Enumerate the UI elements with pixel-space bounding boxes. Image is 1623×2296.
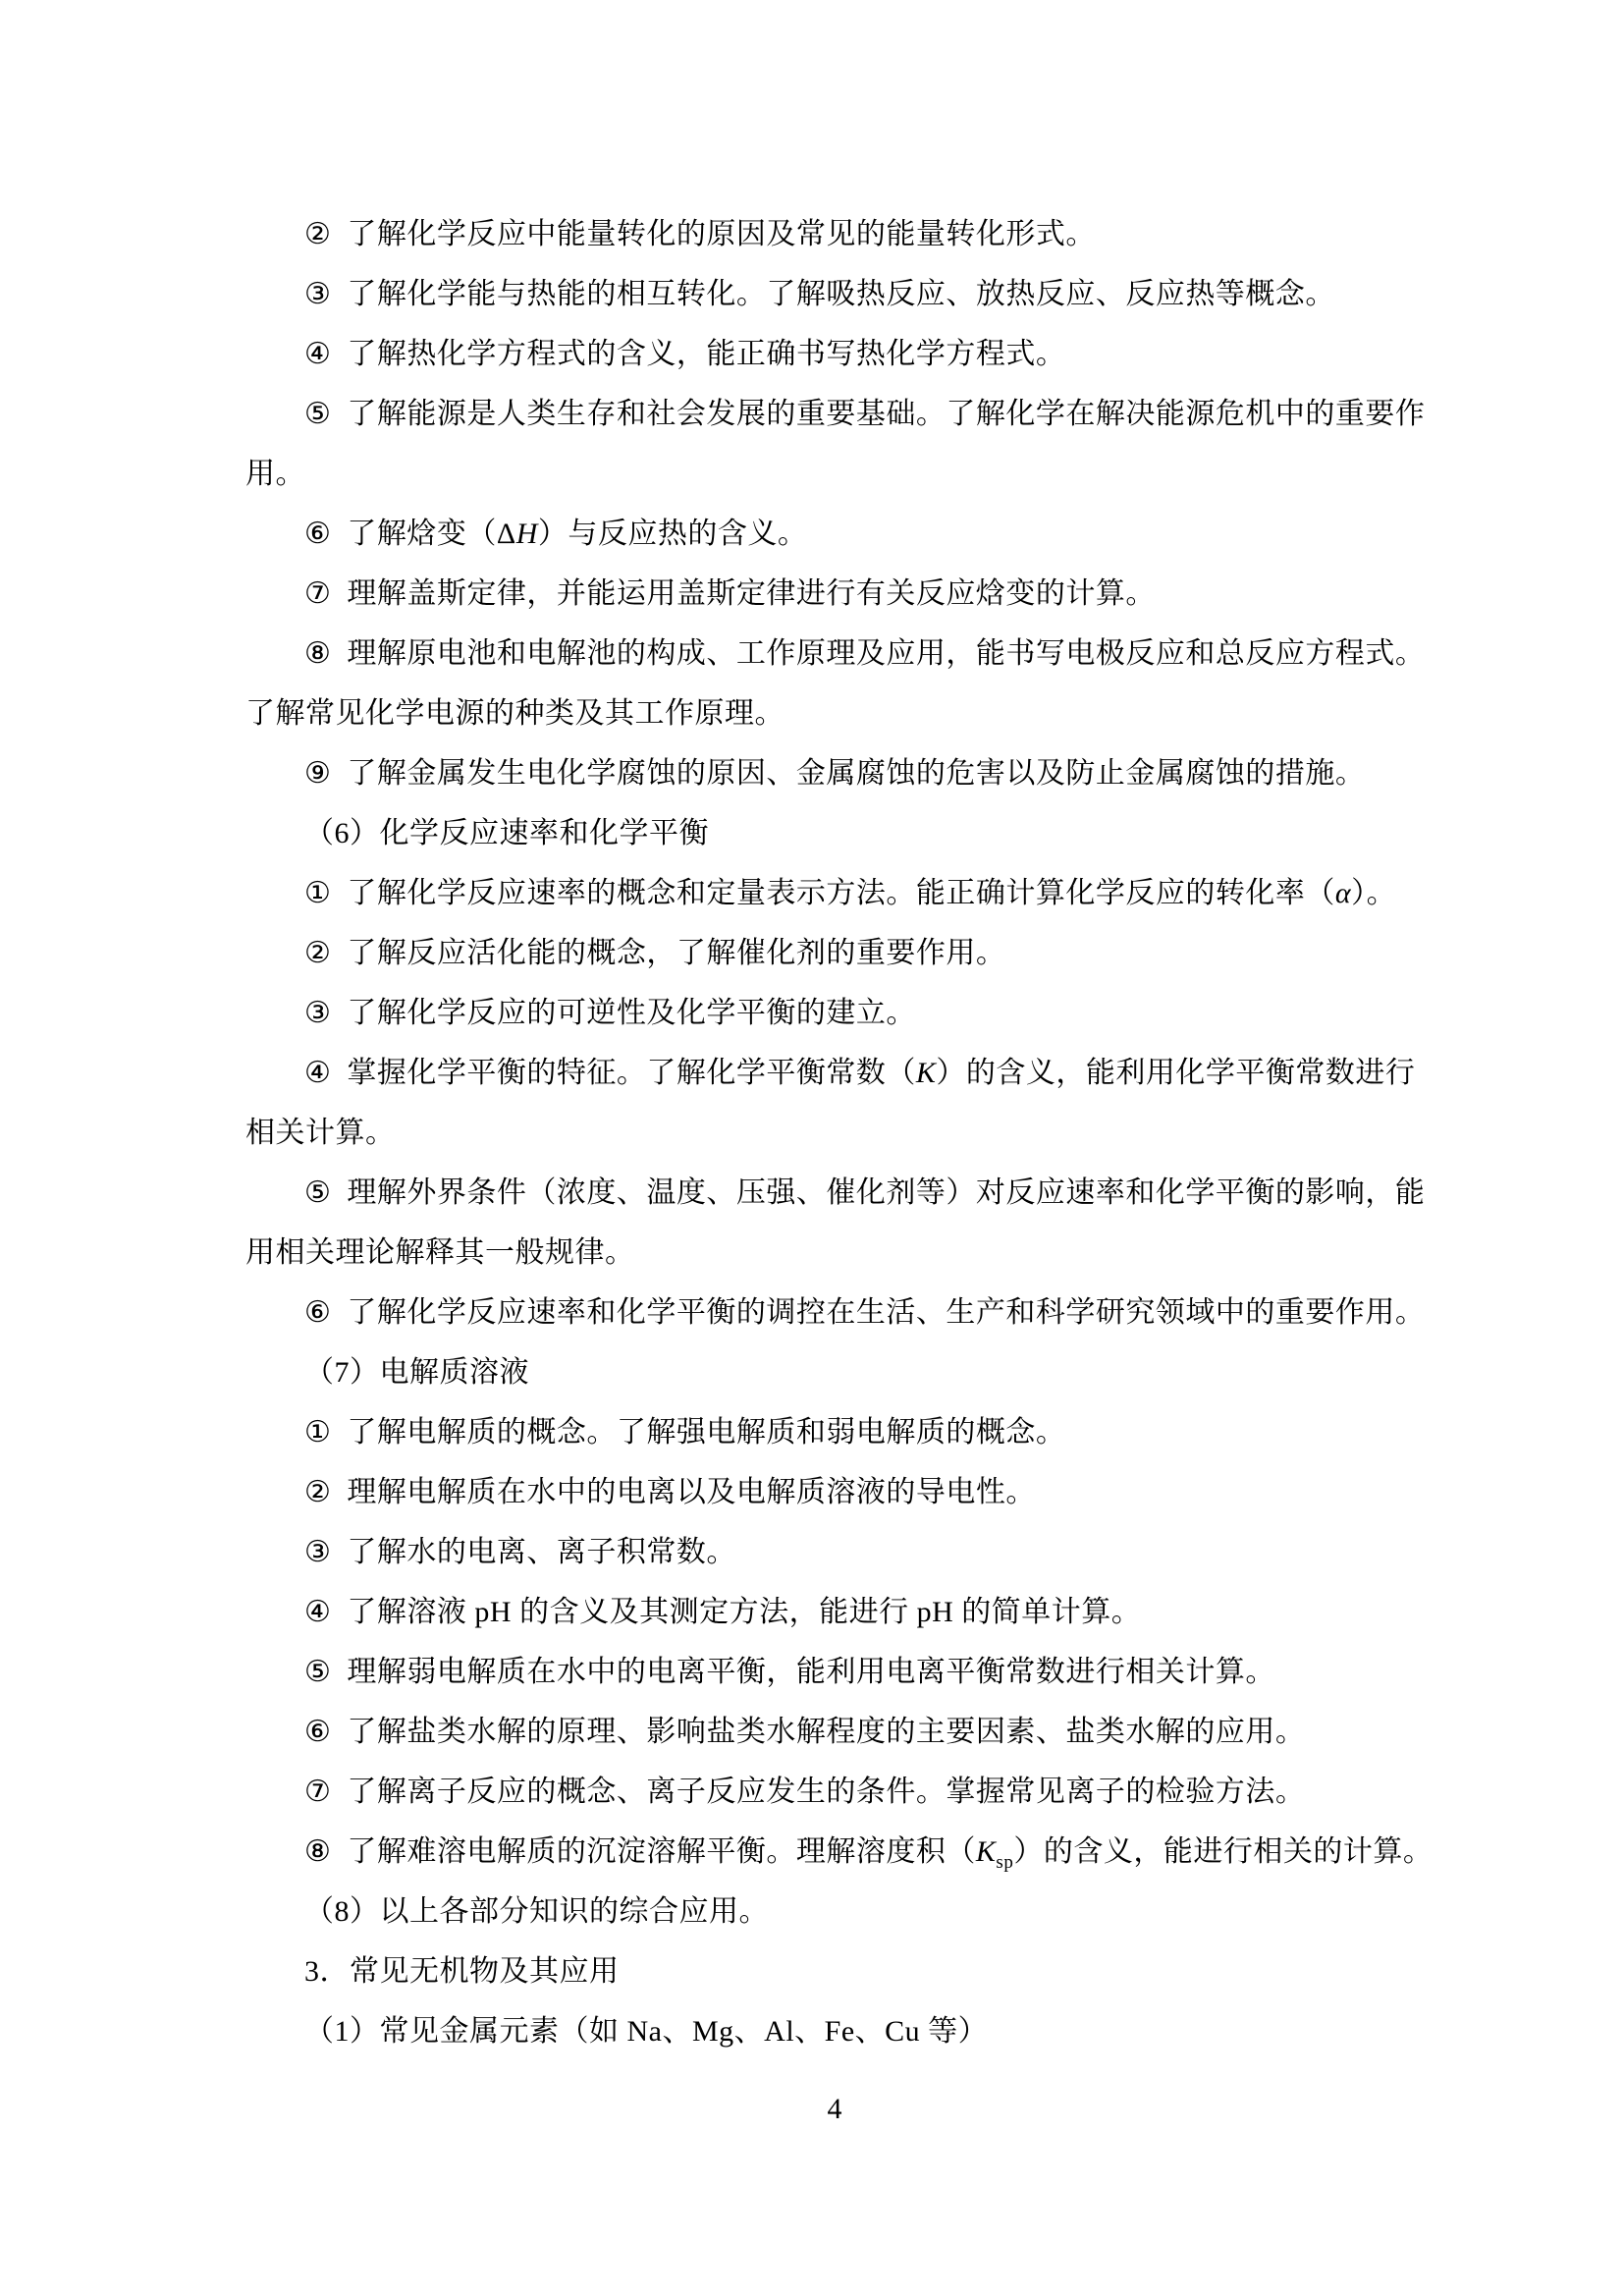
list-marker: ⑥ [304,1296,331,1329]
text-run: 了解水的电离、离子积常数。 [347,1536,736,1568]
text-run: 用相关理论解释其一般规律。 [245,1236,635,1269]
text-run: 了解反应活化能的概念，了解催化剂的重要作用。 [347,937,1005,969]
list-marker: ② [304,937,331,969]
list-marker: ① [304,1416,331,1449]
text-line: （7）电解质溶液 [245,1342,1378,1402]
text-run: 了解金属发生电化学腐蚀的原因、金属腐蚀的危害以及防止金属腐蚀的措施。 [347,757,1365,790]
text-run: K [916,1057,937,1089]
text-run: 相关计算。 [245,1117,396,1149]
text-run: 了解盐类水解的原理、影响盐类水解程度的主要因素、盐类水解的应用。 [347,1716,1305,1748]
list-marker: ⑥ [304,1716,331,1748]
list-marker: ② [304,218,331,250]
list-marker: ③ [304,278,331,310]
text-run: （6）化学反应速率和化学平衡 [304,817,709,849]
list-marker: ⑧ [304,637,331,670]
list-marker: ⑤ [304,1656,331,1688]
text-line: ②理解电解质在水中的电离以及电解质溶液的导电性。 [245,1462,1378,1522]
text-run: 了解化学反应中能量转化的原因及常见的能量转化形式。 [347,218,1096,250]
text-run: ）的含义，能进行相关的计算。 [1013,1835,1433,1868]
text-line: ⑧了解难溶电解质的沉淀溶解平衡。理解溶度积（Ksp）的含义，能进行相关的计算。 [245,1822,1378,1882]
text-run: 3．常见无机物及其应用 [304,1955,620,1988]
list-marker: ① [304,877,331,909]
text-line: （1）常见金属元素（如 Na、Mg、Al、Fe、Cu 等） [245,2001,1378,2061]
text-run: 了解难溶电解质的沉淀溶解平衡。理解溶度积（ [347,1835,976,1868]
text-line: 用。 [245,444,1378,504]
text-line: ②了解反应活化能的概念，了解催化剂的重要作用。 [245,923,1378,983]
text-line: ⑥了解盐类水解的原理、影响盐类水解程度的主要因素、盐类水解的应用。 [245,1702,1378,1762]
text-run: 理解外界条件（浓度、温度、压强、催化剂等）对反应速率和化学平衡的影响，能 [347,1176,1425,1209]
text-run: ）的含义，能利用化学平衡常数进行 [936,1057,1415,1089]
text-run: 了解能源是人类生存和社会发展的重要基础。了解化学在解决能源危机中的重要作 [347,398,1425,430]
text-run: ）。 [1351,877,1396,909]
text-line: 3．常见无机物及其应用 [245,1941,1378,2001]
text-run: 用。 [245,458,305,490]
text-run: 了解热化学方程式的含义，能正确书写热化学方程式。 [347,338,1065,370]
text-run: 了解电解质的概念。了解强电解质和弱电解质的概念。 [347,1416,1065,1449]
list-marker: ④ [304,338,331,370]
text-line: ⑥了解化学反应速率和化学平衡的调控在生活、生产和科学研究领域中的重要作用。 [245,1283,1378,1342]
text-line: ⑧理解原电池和电解池的构成、工作原理及应用，能书写电极反应和总反应方程式。 [245,624,1378,683]
text-run: K [976,1835,997,1868]
text-line: ③了解化学能与热能的相互转化。了解吸热反应、放热反应、反应热等概念。 [245,264,1378,324]
text-line: ⑦了解离子反应的概念、离子反应发生的条件。掌握常见离子的检验方法。 [245,1762,1378,1822]
text-run: 掌握化学平衡的特征。了解化学平衡常数（ [347,1057,916,1089]
list-marker: ⑨ [304,757,331,790]
list-marker: ⑦ [304,577,331,610]
text-line: ④了解溶液 pH 的含义及其测定方法，能进行 pH 的简单计算。 [245,1582,1378,1642]
list-marker: ⑤ [304,398,331,430]
text-run: 理解盖斯定律，并能运用盖斯定律进行有关反应焓变的计算。 [347,577,1156,610]
text-run: H [516,518,538,550]
list-marker: ③ [304,1536,331,1568]
text-run: α [1335,877,1351,909]
list-marker: ② [304,1476,331,1508]
text-line: ①了解化学反应速率的概念和定量表示方法。能正确计算化学反应的转化率（α）。 [245,863,1378,923]
text-run: 了解化学反应的可逆性及化学平衡的建立。 [347,997,916,1029]
page-number: 4 [245,2079,1424,2139]
text-line: 相关计算。 [245,1103,1378,1163]
text-line: （8）以上各部分知识的综合应用。 [245,1882,1378,1941]
text-line: ④了解热化学方程式的含义，能正确书写热化学方程式。 [245,324,1378,384]
text-run: 理解原电池和电解池的构成、工作原理及应用，能书写电极反应和总反应方程式。 [347,637,1425,670]
text-run: 理解电解质在水中的电离以及电解质溶液的导电性。 [347,1476,1036,1508]
text-run: 了解化学反应速率和化学平衡的调控在生活、生产和科学研究领域中的重要作用。 [347,1296,1425,1329]
text-line: ⑨了解金属发生电化学腐蚀的原因、金属腐蚀的危害以及防止金属腐蚀的措施。 [245,743,1378,803]
text-line: ③了解化学反应的可逆性及化学平衡的建立。 [245,983,1378,1043]
list-marker: ⑦ [304,1776,331,1808]
text-run: sp [996,1852,1013,1873]
document-page: ②了解化学反应中能量转化的原因及常见的能量转化形式。③了解化学能与热能的相互转化… [0,0,1623,2296]
text-line: ⑤理解外界条件（浓度、温度、压强、催化剂等）对反应速率和化学平衡的影响，能 [245,1163,1378,1223]
text-run: 理解弱电解质在水中的电离平衡，能利用电离平衡常数进行相关计算。 [347,1656,1275,1688]
text-line: ②了解化学反应中能量转化的原因及常见的能量转化形式。 [245,204,1378,264]
text-run: 了解化学反应速率的概念和定量表示方法。能正确计算化学反应的转化率（ [347,877,1335,909]
list-marker: ④ [304,1596,331,1628]
list-marker: ⑥ [304,518,331,550]
text-run: 了解溶液 pH 的含义及其测定方法，能进行 pH 的简单计算。 [347,1596,1141,1628]
text-line: ④掌握化学平衡的特征。了解化学平衡常数（K）的含义，能利用化学平衡常数进行 [245,1043,1378,1103]
text-line: ⑥了解焓变（ΔH）与反应热的含义。 [245,504,1378,564]
text-run: （1）常见金属元素（如 Na、Mg、Al、Fe、Cu 等） [304,2015,988,2048]
text-run: 了解化学能与热能的相互转化。了解吸热反应、放热反应、反应热等概念。 [347,278,1335,310]
text-run: 了解离子反应的概念、离子反应发生的条件。掌握常见离子的检验方法。 [347,1776,1305,1808]
list-marker: ③ [304,997,331,1029]
text-line: ⑦理解盖斯定律，并能运用盖斯定律进行有关反应焓变的计算。 [245,564,1378,624]
text-line: ⑤了解能源是人类生存和社会发展的重要基础。了解化学在解决能源危机中的重要作 [245,384,1378,444]
text-run: （7）电解质溶液 [304,1356,529,1389]
text-line: （6）化学反应速率和化学平衡 [245,803,1378,863]
text-run: ）与反应热的含义。 [538,518,808,550]
text-run: 了解常见化学电源的种类及其工作原理。 [245,697,784,730]
list-marker: ⑤ [304,1176,331,1209]
text-line: ⑤理解弱电解质在水中的电离平衡，能利用电离平衡常数进行相关计算。 [245,1642,1378,1702]
list-marker: ⑧ [304,1835,331,1868]
text-run: （8）以上各部分知识的综合应用。 [304,1895,769,1928]
text-line: ③了解水的电离、离子积常数。 [245,1522,1378,1582]
text-run: 了解焓变（Δ [347,518,515,550]
text-line: 用相关理论解释其一般规律。 [245,1223,1378,1283]
text-line: 了解常见化学电源的种类及其工作原理。 [245,683,1378,743]
list-marker: ④ [304,1057,331,1089]
text-line: ①了解电解质的概念。了解强电解质和弱电解质的概念。 [245,1402,1378,1462]
document-body: ②了解化学反应中能量转化的原因及常见的能量转化形式。③了解化学能与热能的相互转化… [245,204,1378,2061]
